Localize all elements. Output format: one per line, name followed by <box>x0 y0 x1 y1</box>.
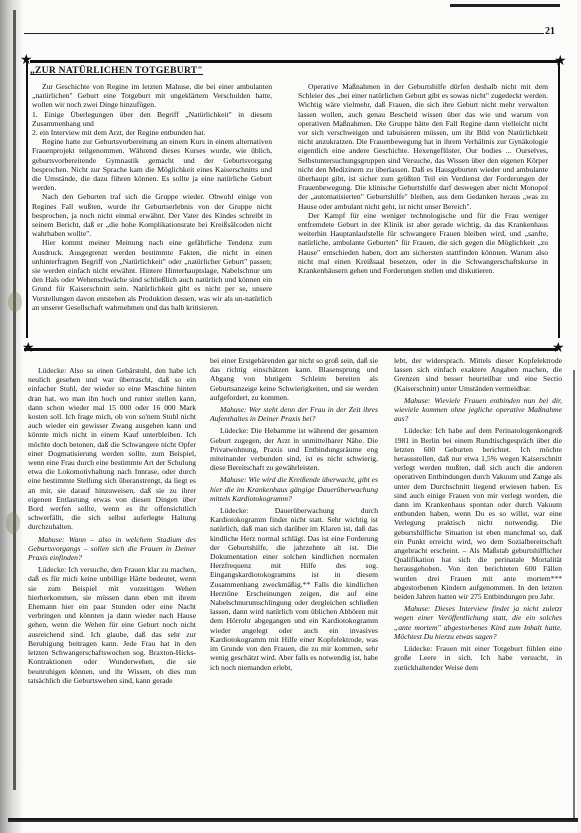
paragraph: Operative Maßnahmen in der Geburtshilfe … <box>298 82 548 211</box>
interview-column-3: lebt, der widersprach. Mittels dieser Ko… <box>394 356 562 672</box>
interview-column-2: bei einer Erstgebärenden gar nicht so gr… <box>210 356 378 672</box>
paragraph: lebt, der widersprach. Mittels dieser Ko… <box>394 356 562 393</box>
paragraph: Lüdecke: Dauerüberwachung durch Kardioto… <box>210 506 378 672</box>
bottom-rule <box>8 818 578 822</box>
scan-stain <box>8 292 22 312</box>
page-number: 21 <box>545 26 555 37</box>
box-top-rule <box>30 60 558 63</box>
interview-question: Mahuse: Wer steht denn der Frau in der Z… <box>210 405 378 423</box>
interview-question: Mahuse: Wie wird die Kreißende überwacht… <box>210 475 378 503</box>
paragraph: Nach den Geburten traf sich die Gruppe w… <box>32 192 272 238</box>
paragraph: Hier kommt meiner Meinung nach eine gefä… <box>32 238 272 312</box>
article-headline: „ZUR NATÜRLICHEN TOTGEBURT" <box>30 66 203 76</box>
right-margin-rule <box>573 370 575 820</box>
star-icon-bottom-left: ★ <box>22 342 35 356</box>
paragraph: Zur Geschichte von Regine im letzten Mah… <box>32 82 272 110</box>
paragraph: Lüdecke: Frauen mit einer Totgeburt fühl… <box>394 644 562 672</box>
interview-question: Mahuse: Dieses Interview findet ja nicht… <box>394 604 562 641</box>
interview-column-1: Lüdecke: Also so einen Gebärstuhl, den h… <box>28 366 196 685</box>
star-icon-bottom-right: ★ <box>552 342 565 356</box>
paragraph: Lüdecke: Ich habe auf dem Perinatologenk… <box>394 426 562 601</box>
interview-question: Mahuse: Wieviele Frauen entbinden nun be… <box>394 396 562 424</box>
header-rule <box>24 33 544 34</box>
star-icon-top-right: ★ <box>554 55 567 69</box>
paragraph: Der Kampf für eine weniger technologisch… <box>298 211 548 275</box>
scan-stain <box>6 512 20 534</box>
book-binding-shadow <box>0 0 20 833</box>
interview-question: Mahuse: Wann – also in welchem Stadium d… <box>28 535 196 563</box>
paragraph: bei einer Erstgebärenden gar nicht so gr… <box>210 356 378 402</box>
paragraph: Lüdecke: Also so einen Gebärstuhl, den h… <box>28 366 196 532</box>
paragraph: Regine hatte zur Geburtsvorbereitung an … <box>32 137 272 192</box>
paragraph: 1. Einige Überlegungen über den Begriff … <box>32 110 272 128</box>
box-bottom-rule <box>24 348 558 351</box>
paragraph: Lüdecke: Die Hebamme ist während der ges… <box>210 426 378 472</box>
top-right-rule <box>450 4 560 7</box>
paragraph: Lüdecke: Ich versuche, den Frauen klar z… <box>28 565 196 685</box>
paragraph: 2. ein Interview mit dem Arzt, der Regin… <box>32 128 272 137</box>
box-column-right: Operative Maßnahmen in der Geburtshilfe … <box>298 82 548 275</box>
binding-edge <box>13 10 16 790</box>
box-column-left: Zur Geschichte von Regine im letzten Mah… <box>32 82 272 312</box>
